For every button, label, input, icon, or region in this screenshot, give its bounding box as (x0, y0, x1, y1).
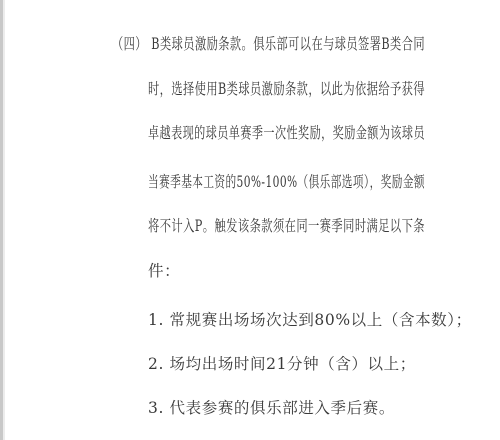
clause-line-5: 将不计入P。触发该条款须在同一赛季同时满足以下条 (148, 216, 425, 236)
clause-line-2: 时，选择使用B类球员激励条款，以此为依据给予获得 (148, 79, 425, 99)
clause-text: B类球员激励条款。俱乐部可以在与球员签署B类合同 (151, 34, 425, 54)
condition-item-2: 2. 场均出场时间21分钟（含）以上； (148, 354, 416, 374)
document-page: （四）B类球员激励条款。俱乐部可以在与球员签署B类合同 时，选择使用B类球员激励… (0, 0, 500, 440)
condition-item-1: 1. 常规赛出场场次达到80%以上（含本数）； (148, 310, 472, 330)
clause-line-1: （四）B类球员激励条款。俱乐部可以在与球员签署B类合同 (112, 34, 425, 54)
clause-number: （四） (112, 35, 147, 53)
condition-item-3: 3. 代表参赛的俱乐部进入季后赛。 (148, 398, 395, 418)
clause-line-6: 件： (148, 261, 180, 281)
clause-line-4: 当赛季基本工资的50%-100%（俱乐部选项），奖励金额 (148, 172, 425, 192)
clause-line-3: 卓越表现的球员单赛季一次性奖励，奖励金额为该球员 (148, 123, 425, 143)
